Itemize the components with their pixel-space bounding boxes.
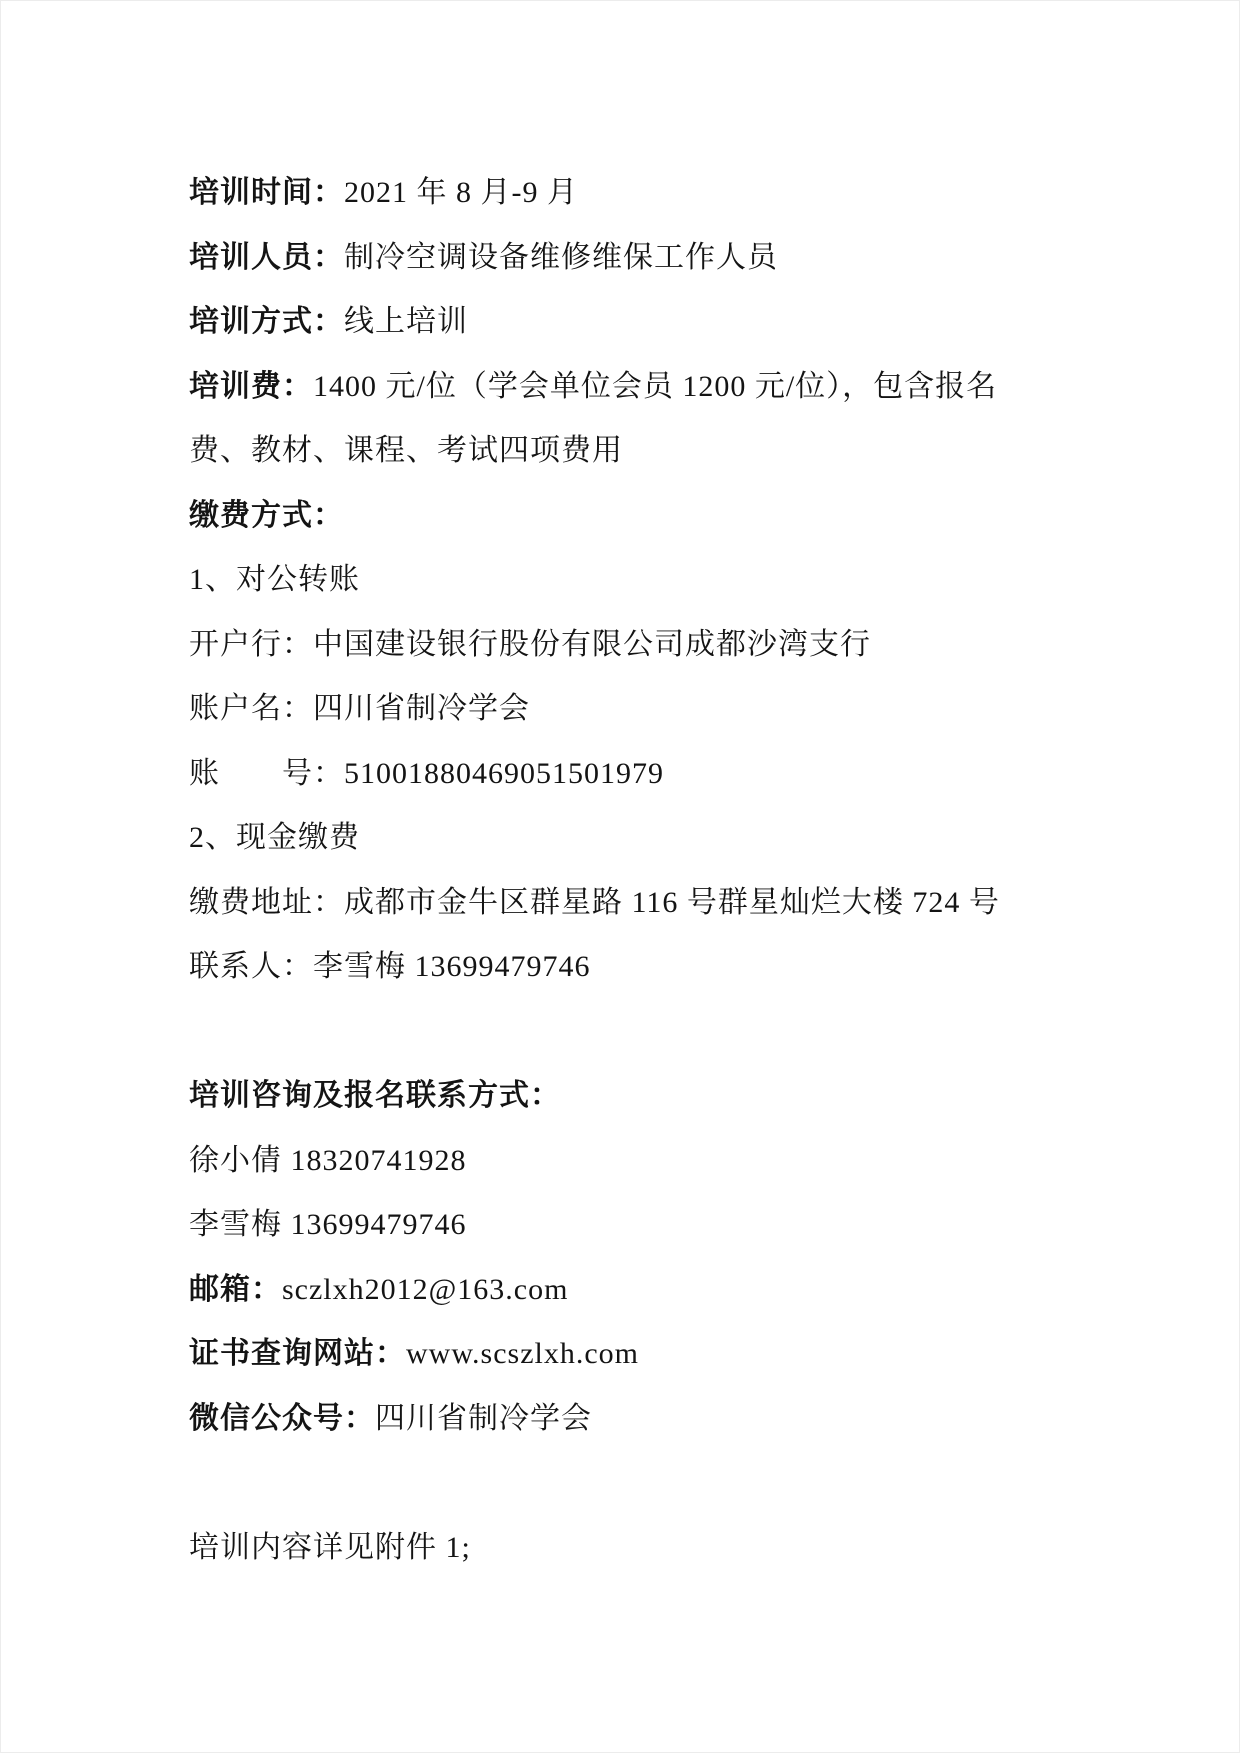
doc-line: 培训费：1400 元/位（学会单位会员 1200 元/位），包含报名 (189, 355, 1057, 420)
doc-line: 开户行：中国建设银行股份有限公司成都沙湾支行 (189, 613, 1057, 678)
doc-line-text: 账 号：51001880469051501979 (189, 757, 664, 790)
doc-line: 联系人：李雪梅 13699479746 (189, 935, 1057, 1000)
doc-line-text: 联系人：李雪梅 13699479746 (189, 950, 591, 983)
doc-line: 缴费地址：成都市金牛区群星路 116 号群星灿烂大楼 724 号 (189, 871, 1057, 936)
doc-line: 培训咨询及报名联系方式： (189, 1064, 1057, 1129)
doc-line: 费、教材、课程、考试四项费用 (189, 419, 1057, 484)
doc-line-label: 证书查询网站： (189, 1337, 406, 1370)
doc-line-text: 开户行：中国建设银行股份有限公司成都沙湾支行 (189, 628, 871, 661)
doc-line-text: 2021 年 8 月-9 月 (344, 176, 578, 209)
doc-line: 证书查询网站：www.scszlxh.com (189, 1322, 1057, 1387)
doc-line-text: 四川省制冷学会 (375, 1402, 592, 1435)
doc-line-text: www.scszlxh.com (406, 1337, 639, 1370)
doc-line: 培训人员：制冷空调设备维修维保工作人员 (189, 226, 1057, 291)
doc-line-text: 徐小倩 18320741928 (189, 1144, 467, 1177)
doc-line: 账户名：四川省制冷学会 (189, 677, 1057, 742)
doc-line-text: 1400 元/位（学会单位会员 1200 元/位），包含报名 (313, 370, 997, 403)
doc-line-label: 培训费： (189, 370, 313, 403)
doc-line: 培训内容详见附件 1; (189, 1516, 1057, 1581)
doc-line: 微信公众号：四川省制冷学会 (189, 1387, 1057, 1452)
doc-line: 培训时间：2021 年 8 月-9 月 (189, 161, 1057, 226)
doc-line-label: 微信公众号： (189, 1402, 375, 1435)
doc-line-text: sczlxh2012@163.com (282, 1273, 568, 1306)
doc-line (189, 1000, 1057, 1065)
doc-line-text: 2、现金缴费 (189, 821, 360, 854)
doc-line: 培训方式：线上培训 (189, 290, 1057, 355)
doc-line-label: 培训人员： (189, 241, 344, 274)
doc-line-label: 培训方式： (189, 305, 344, 338)
doc-line: 缴费方式： (189, 484, 1057, 549)
doc-line-text: 1、对公转账 (189, 563, 360, 596)
doc-line-text: 费、教材、课程、考试四项费用 (189, 434, 623, 467)
doc-line-text: 线上培训 (344, 305, 468, 338)
doc-line-text: 缴费地址：成都市金牛区群星路 116 号群星灿烂大楼 724 号 (189, 886, 1000, 919)
doc-line: 徐小倩 18320741928 (189, 1129, 1057, 1194)
document-body: 培训时间：2021 年 8 月-9 月 培训人员：制冷空调设备维修维保工作人员 … (189, 161, 1057, 1580)
doc-line-text: 账户名：四川省制冷学会 (189, 692, 530, 725)
doc-line: 邮箱：sczlxh2012@163.com (189, 1258, 1057, 1323)
doc-line-label: 培训时间： (189, 176, 344, 209)
doc-line-label: 缴费方式： (189, 499, 344, 532)
doc-line-text: 制冷空调设备维修维保工作人员 (344, 241, 778, 274)
doc-line: 1、对公转账 (189, 548, 1057, 613)
doc-line-label: 培训咨询及报名联系方式： (189, 1079, 561, 1112)
doc-line-text: 培训内容详见附件 1; (189, 1531, 471, 1564)
doc-line: 李雪梅 13699479746 (189, 1193, 1057, 1258)
doc-line: 账 号：51001880469051501979 (189, 742, 1057, 807)
doc-line-label: 邮箱： (189, 1273, 282, 1306)
doc-line: 2、现金缴费 (189, 806, 1057, 871)
doc-line-text: 李雪梅 13699479746 (189, 1208, 467, 1241)
document-page: 培训时间：2021 年 8 月-9 月 培训人员：制冷空调设备维修维保工作人员 … (0, 0, 1240, 1753)
doc-line (189, 1451, 1057, 1516)
